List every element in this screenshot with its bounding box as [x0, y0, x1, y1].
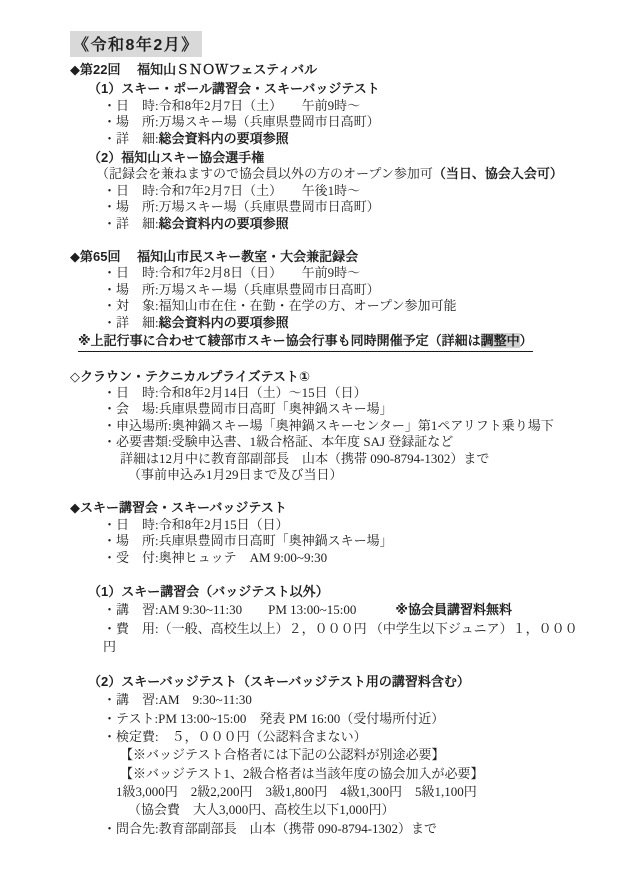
section: （1）スキー講習会（バッジテスト以外）・講 習:AM 9:30~11:30 PM… [70, 583, 584, 656]
detail-line: ・日 時:令和8年2月7日（土） 午前9時～ [70, 98, 584, 114]
section: ◆第22回 福知山ＳＮＯＷフェスティバル（1）スキー・ポール講習会・スキーバッジ… [70, 62, 584, 232]
text-run: ・申込場所:奥神鍋スキー場「奥神鍋スキーセンター」第1ペアリフト乗り場下 [103, 418, 554, 433]
detail-line: ・日 時:令和7年2月7日（土） 午後1時～ [70, 183, 584, 199]
text-run: ・問合先:教育部副部長 山本（携帯 090-8794-1302）まで [103, 821, 437, 836]
detail-line: ・講 習:AM 9:30~11:30 PM 13:00~15:00 ※協会員講習… [70, 601, 584, 619]
section-heading: ◆スキー講習会・スキーバッジテスト [70, 500, 584, 516]
text-run: 総会資料内の要項参照 [159, 131, 289, 146]
text-run: ・場 所:万場スキー場（兵庫県豊岡市日高町） [103, 282, 380, 297]
text-run: ◆第22回 福知山ＳＮＯＷフェスティバル [70, 62, 317, 77]
concurrent-event-note: ※上記行事に合わせて綾部市スキー協会行事も同時開催予定（詳細は調整中） [70, 333, 584, 351]
detail-line: ・詳 細:総会資料内の要項参照 [70, 216, 584, 232]
document-page: 《令和8年2月》 ◆第22回 福知山ＳＮＯＷフェスティバル（1）スキー・ポール講… [0, 0, 620, 838]
text-run: ・必要書類:受験申込書、1級合格証、本年度 SAJ 登録証など [103, 434, 453, 449]
section: ◆第65回 福知山市民スキー教室・大会兼記録会・日 時:令和7年2月8日（日） … [70, 249, 584, 351]
detail-line: ・日 時:令和8年2月15日（日） [70, 517, 584, 533]
section: ◆スキー講習会・スキーバッジテスト・日 時:令和8年2月15日（日）・場 所:兵… [70, 500, 584, 566]
text-run: （1）スキー・ポール講習会・スキーバッジテスト [88, 81, 380, 96]
text-run: ） [520, 333, 533, 348]
text-run: ・講 習:AM 9:30~11:30 PM 13:00~15:00 [103, 602, 395, 617]
sub-heading: （2）スキーバッジテスト（スキーバッジテスト用の講習料含む） [70, 673, 584, 691]
text-run: （記録会を兼ねますので協会員以外の方のオープン参加可 [96, 166, 433, 181]
text-run: 詳細は12月中に教育部副部長 山本（携帯 090-8794-1302）まで [120, 451, 489, 466]
section: ◇クラウン・テクニカルプライズテスト①・日 時:令和8年2月14日（土）～15日… [70, 369, 584, 484]
text-run: ・講 習:AM 9:30~11:30 [103, 692, 252, 707]
text-run: 【※バッジテスト合格者には下記の公認料が別途必要】 [120, 747, 444, 762]
text-run: ・テスト:PM 13:00~15:00 発表 PM 16:00（受付場所付近） [103, 711, 444, 726]
text-run: ◆第65回 福知山市民スキー教室・大会兼記録会 [70, 249, 358, 264]
detail-line: ・問合先:教育部副部長 山本（携帯 090-8794-1302）まで [70, 820, 584, 838]
text-run: ・会 場:兵庫県豊岡市日高町「奥神鍋スキー場」 [103, 401, 393, 416]
text-run: ・受 付:奥神ヒュッテ AM 9:00~9:30 [103, 550, 327, 565]
text-run: ・対 象:福知山市在住・在勤・在学の方、オープン参加可能 [103, 298, 456, 313]
detail-line: ・講 習:AM 9:30~11:30 [70, 691, 584, 709]
text-run: ・日 時:令和8年2月7日（土） 午前9時～ [103, 98, 360, 113]
text-run: ・日 時:令和8年2月15日（日） [103, 517, 289, 532]
detail-line: ・詳 細:総会資料内の要項参照 [70, 131, 584, 147]
detail-line: ・場 所:万場スキー場（兵庫県豊岡市日高町） [70, 282, 584, 298]
detail-line: ・日 時:令和8年2月14日（土）～15日（日） [70, 385, 584, 401]
sections-root: ◆第22回 福知山ＳＮＯＷフェスティバル（1）スキー・ポール講習会・スキーバッジ… [70, 62, 584, 838]
section: （2）スキーバッジテスト（スキーバッジテスト用の講習料含む）・講 習:AM 9:… [70, 673, 584, 838]
detail-line: ・申込場所:奥神鍋スキー場「奥神鍋スキーセンター」第1ペアリフト乗り場下 [70, 418, 584, 434]
text-run: （2）スキーバッジテスト（スキーバッジテスト用の講習料含む） [88, 674, 470, 689]
text-run: ・費 用:（一般、高校生以上）２，０００円 （中学生以下ジュニア）１，０００円 [103, 621, 578, 654]
text-run: ・場 所:兵庫県豊岡市日高町「奥神鍋スキー場」 [103, 533, 393, 548]
text-run: （当日、協会入会可） [433, 166, 563, 181]
section-heading: ◆第22回 福知山ＳＮＯＷフェスティバル [70, 62, 584, 78]
highlighted-text-run: 調整中 [481, 333, 520, 348]
detail-line: ・テスト:PM 13:00~15:00 発表 PM 16:00（受付場所付近） [70, 710, 584, 728]
text-run: ・場 所:万場スキー場（兵庫県豊岡市日高町） [103, 199, 380, 214]
text-run: 総会資料内の要項参照 [159, 315, 289, 330]
text-run: ◆スキー講習会・スキーバッジテスト [70, 500, 287, 515]
continuation-line: 【※バッジテスト1、2級合格者は当該年度の協会加入が必要】 [70, 765, 584, 783]
continuation-line: 詳細は12月中に教育部副部長 山本（携帯 090-8794-1302）まで [70, 451, 584, 467]
text-run: （協会費 大人3,000円、高校生以下1,000円） [128, 802, 395, 817]
continuation-line: （協会費 大人3,000円、高校生以下1,000円） [70, 801, 584, 819]
fee-list-line: 1級3,000円 2級2,200円 3級1,800円 4級1,300円 5級1,… [70, 783, 584, 801]
detail-line: ・会 場:兵庫県豊岡市日高町「奥神鍋スキー場」 [70, 401, 584, 417]
detail-line: ・費 用:（一般、高校生以上）２，０００円 （中学生以下ジュニア）１，０００円 [70, 620, 584, 657]
text-run: ◇クラウン・テクニカルプライズテスト① [70, 369, 310, 384]
text-run: ・日 時:令和7年2月7日（土） 午後1時～ [103, 183, 360, 198]
detail-line: ・詳 細:総会資料内の要項参照 [70, 315, 584, 331]
text-run: 総会資料内の要項参照 [159, 216, 289, 231]
parenthetical-note: （記録会を兼ねますので協会員以外の方のオープン参加可（当日、協会入会可） [70, 166, 584, 182]
text-run: （2）福知山スキー協会選手権 [88, 150, 264, 165]
detail-line: ・必要書類:受験申込書、1級合格証、本年度 SAJ 登録証など [70, 434, 584, 450]
text-run: ・場 所:万場スキー場（兵庫県豊岡市日高町） [103, 114, 380, 129]
text-run: ※協会員講習料無料 [395, 602, 512, 617]
text-run: ・検定費: ５，０００円（公認料含まない） [103, 729, 367, 744]
text-run: 1級3,000円 2級2,200円 3級1,800円 4級1,300円 5級1,… [116, 784, 477, 799]
text-run: （1）スキー講習会（バッジテスト以外） [88, 584, 329, 599]
detail-line: ・日 時:令和7年2月8日（日） 午前9時～ [70, 265, 584, 281]
text-run: （事前申込み1月29日まで及び当日） [128, 467, 343, 482]
detail-line: ・受 付:奥神ヒュッテ AM 9:00~9:30 [70, 550, 584, 566]
sub-heading: （1）スキー講習会（バッジテスト以外） [70, 583, 584, 601]
text-run: ・詳 細: [103, 216, 159, 231]
text-run: ※上記行事に合わせて綾部市スキー協会行事も同時開催予定（詳細は [78, 333, 481, 348]
title-row: 《令和8年2月》 [70, 31, 584, 57]
detail-line: ・場 所:兵庫県豊岡市日高町「奥神鍋スキー場」 [70, 533, 584, 549]
detail-line: ・検定費: ５，０００円（公認料含まない） [70, 728, 584, 746]
continuation-line: 【※バッジテスト合格者には下記の公認料が別途必要】 [70, 746, 584, 764]
text-run: ・日 時:令和7年2月8日（日） 午前9時～ [103, 265, 360, 280]
page-title: 《令和8年2月》 [70, 31, 202, 57]
detail-line: ・場 所:万場スキー場（兵庫県豊岡市日高町） [70, 199, 584, 215]
section-heading: ◇クラウン・テクニカルプライズテスト① [70, 369, 584, 385]
detail-line: ・場 所:万場スキー場（兵庫県豊岡市日高町） [70, 114, 584, 130]
underlined-text: ※上記行事に合わせて綾部市スキー協会行事も同時開催予定（詳細は調整中） [78, 333, 533, 351]
text-run: 【※バッジテスト1、2級合格者は当該年度の協会加入が必要】 [120, 766, 483, 781]
sub-heading: （1）スキー・ポール講習会・スキーバッジテスト [70, 81, 584, 97]
text-run: ・詳 細: [103, 131, 159, 146]
text-run: ・日 時:令和8年2月14日（土）～15日（日） [103, 385, 367, 400]
section-heading: ◆第65回 福知山市民スキー教室・大会兼記録会 [70, 249, 584, 265]
detail-line: ・対 象:福知山市在住・在勤・在学の方、オープン参加可能 [70, 298, 584, 314]
continuation-line: （事前申込み1月29日まで及び当日） [70, 467, 584, 483]
sub-heading: （2）福知山スキー協会選手権 [70, 150, 584, 166]
text-run: ・詳 細: [103, 315, 159, 330]
